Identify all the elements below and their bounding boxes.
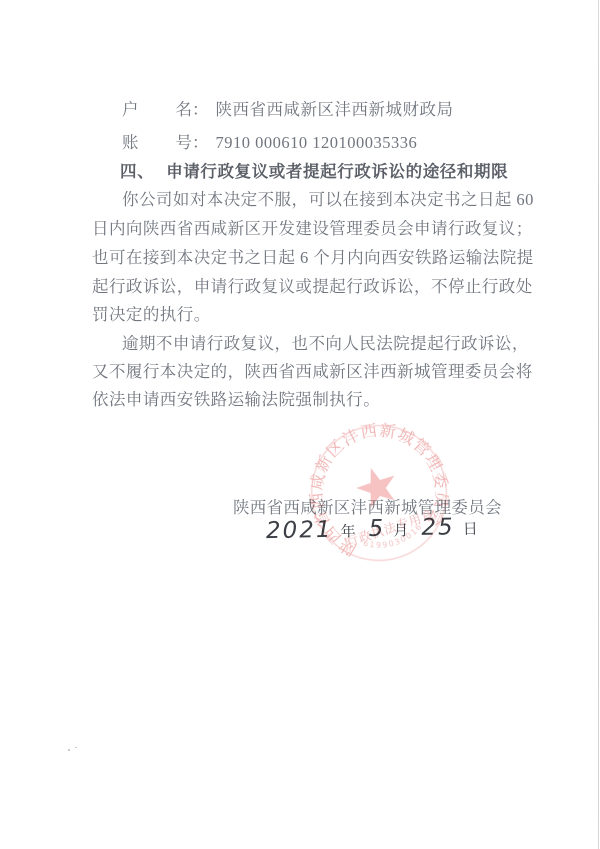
paragraph2-line2: 又不履行本决定的，陕西省西咸新区沣西新城管理委员会将 [92, 361, 533, 383]
section-title: 申请行政复议或者提起行政诉讼的途径和期限 [166, 163, 508, 181]
account-name-label: 户 名 [122, 99, 192, 121]
account-name-colon: ： [192, 99, 209, 121]
handwritten-date: 2021年 5月 25日 [260, 514, 480, 545]
paragraph1-line3: 也可在接到本决定书之日起 6 个月内向西安铁路运输法院提 [92, 247, 534, 269]
account-number-label-right: 号 [176, 132, 193, 154]
date-month: 5 [368, 516, 385, 542]
account-number-value: 7910 000610 120100035336 [216, 132, 418, 154]
account-name-label-right: 名 [176, 99, 193, 121]
account-name-value: 陕西省西咸新区沣西新城财政局 [216, 99, 454, 121]
account-name-field: 户 名 ： 陕西省西咸新区沣西新城财政局 [122, 99, 454, 121]
account-number-colon: ： [192, 132, 209, 154]
date-day-unit: 日 [463, 522, 478, 538]
date-year: 2021 [266, 517, 333, 544]
official-seal: 陕西省西咸新区沣西新城管理委员会 行政执法专用章 6199030016 [279, 393, 478, 592]
paragraph1-line1: 你公司如对本决定不服，可以在接到本决定书之日起 60 [122, 189, 534, 211]
seal-ring [294, 408, 464, 578]
paragraph1-line4: 起行政诉讼，申请行政复议或提起行政诉讼，不停止行政处 [92, 276, 533, 298]
paragraph1-line2: 日内向陕西省西咸新区开发建设管理委员会申请行政复议； [92, 218, 533, 240]
date-day: 25 [421, 514, 455, 541]
scan-edge-line [598, 0, 599, 849]
scanned-document-page: 户 名 ： 陕西省西咸新区沣西新城财政局 账 号 ： 7910 000610 1… [0, 0, 600, 849]
account-name-label-left: 户 [122, 99, 139, 121]
account-number-label-left: 账 [122, 132, 139, 154]
section-heading: 四、申请行政复议或者提起行政诉讼的途径和期限 [120, 161, 508, 183]
account-number-label: 账 号 [122, 132, 192, 154]
paragraph2-line3: 依法申请西安铁路运输法院强制执行。 [92, 389, 380, 411]
scan-speck [75, 747, 77, 748]
paragraph1-line5: 罚决定的执行。 [92, 304, 211, 326]
date-year-unit: 年 [340, 524, 355, 540]
account-number-field: 账 号 ： 7910 000610 120100035336 [122, 132, 417, 154]
section-number: 四、 [120, 163, 154, 181]
paragraph2-line1: 逾期不申请行政复议，也不向人民法院提起行政诉讼， [122, 333, 529, 355]
scan-speck [68, 749, 70, 751]
date-month-unit: 月 [393, 523, 408, 539]
